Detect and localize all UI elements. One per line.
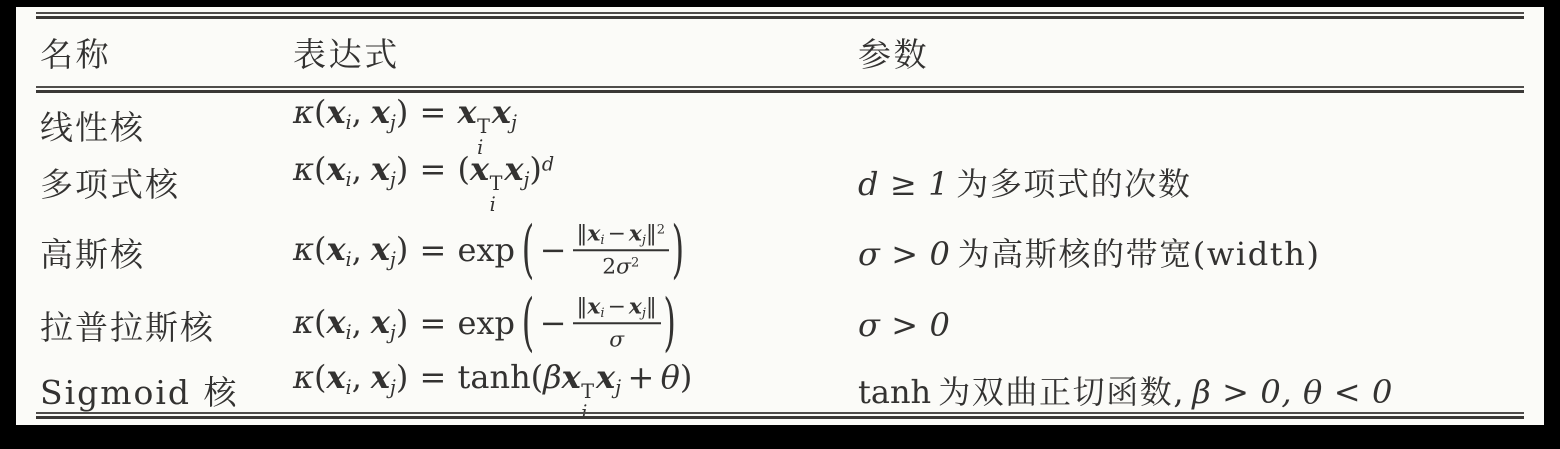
close-paren: ) (396, 93, 408, 131)
close-paren: ) (396, 358, 408, 396)
exp-function: exp (458, 304, 515, 342)
equals-sign: = (420, 231, 447, 269)
transpose-subscript-stack: Ti (490, 173, 503, 215)
vector-x: x (458, 93, 477, 131)
big-open-paren: ( (522, 212, 534, 286)
close-paren: ) (396, 150, 408, 188)
transpose-T: T (490, 173, 503, 194)
vector-x: x (371, 150, 390, 188)
subscript-i: i (600, 233, 604, 248)
parameter-description: 为双曲正切函数, (938, 373, 1185, 411)
close-paren: ) (396, 231, 408, 269)
vector-x: x (596, 358, 615, 396)
table-body: 线性核 κ(xi,xj)=xTixj 多项式核 κ(xi,xj)=(xTixj)… (16, 93, 1544, 412)
open-paren: ( (531, 358, 543, 396)
kernel-parameter-cell: σ > 0 (858, 306, 1544, 344)
column-header-name: 名称 (40, 29, 293, 76)
parameter-condition: σ > 0 (858, 306, 951, 344)
open-paren: ( (458, 150, 470, 188)
vector-x: x (492, 93, 511, 131)
table-row-polynomial-kernel: 多项式核 κ(xi,xj)=(xTixj)d d ≥ 1为多项式的次数 (16, 150, 1544, 212)
vector-x: x (504, 150, 523, 188)
vector-x: x (326, 304, 345, 342)
vector-x: x (587, 295, 600, 320)
table-top-rule (36, 12, 1524, 19)
kernel-name-cell: 拉普拉斯核 (40, 302, 293, 349)
fraction-numerator: ‖xi−xj‖ (573, 295, 661, 325)
kernel-name-cell: 高斯核 (40, 229, 293, 276)
equals-sign: = (420, 93, 447, 131)
parameter-description: 为多项式的次数 (956, 165, 1191, 203)
equals-sign: = (420, 304, 447, 342)
kappa-symbol: κ (293, 231, 314, 269)
open-paren: ( (314, 93, 326, 131)
squared-exponent: 2 (631, 255, 639, 270)
sigma-symbol: σ (609, 327, 624, 352)
close-paren: ) (680, 358, 692, 396)
subscript-j: j (615, 376, 621, 399)
column-header-parameters: 参数 (858, 29, 1544, 76)
vector-x: x (326, 93, 345, 131)
big-open-paren: ( (522, 285, 534, 359)
kernel-parameter-cell: tanh为双曲正切函数,β > 0, θ < 0 (858, 367, 1544, 413)
comma: , (352, 304, 362, 342)
norm-bar: ‖ (646, 222, 657, 247)
exponent-d: d (542, 152, 554, 175)
kernel-expression-cell: κ(xi,xj)=(xTixj)d (293, 150, 858, 215)
parameter-condition: β > 0, θ < 0 (1192, 373, 1393, 411)
norm-bar: ‖ (577, 295, 588, 320)
sigma-symbol: σ (616, 254, 631, 279)
screenshot-root: { "page": { "background_color": "#000000… (0, 0, 1560, 449)
parameter-description: 为高斯核的带宽(width) (958, 235, 1321, 273)
parameter-condition: d ≥ 1 (858, 165, 949, 203)
kappa-symbol: κ (293, 358, 314, 396)
subscript-j: j (511, 111, 517, 134)
subscript-i: i (346, 321, 352, 344)
close-paren: ) (396, 304, 408, 342)
kappa-symbol: κ (293, 304, 314, 342)
kernel-name-cell: 线性核 (40, 102, 293, 149)
beta-symbol: β (543, 358, 562, 396)
kernel-expression-cell: κ(xi,xj)=exp(−‖xi−xj‖σ) (293, 296, 858, 353)
transpose-T: T (477, 116, 490, 137)
big-close-paren: ) (663, 285, 675, 359)
fraction-denominator: 2σ2 (573, 252, 669, 279)
vector-x: x (371, 231, 390, 269)
vector-x: x (326, 231, 345, 269)
table-bottom-rule (36, 412, 1524, 419)
exp-function: exp (458, 231, 515, 269)
table-header-rule (36, 86, 1524, 93)
kernel-expression-cell: κ(xi,xj)=exp(−‖xi−xj‖22σ2) (293, 223, 858, 280)
column-header-expression: 表达式 (293, 29, 858, 76)
subscript-i: i (346, 248, 352, 271)
kappa-symbol: κ (293, 93, 314, 131)
minus-sign: − (608, 222, 626, 247)
vector-x: x (629, 222, 642, 247)
subscript-i: i (346, 376, 352, 399)
fraction: ‖xi−xj‖22σ2 (573, 222, 669, 279)
subscript-i: i (346, 168, 352, 191)
open-paren: ( (314, 150, 326, 188)
vector-x: x (371, 93, 390, 131)
vector-x: x (326, 358, 345, 396)
kernel-function-table-page: 名称 表达式 参数 线性核 κ(xi,xj)=xTixj 多项式核 κ(xi,x… (16, 7, 1544, 425)
equals-sign: = (420, 358, 447, 396)
open-paren: ( (314, 304, 326, 342)
vector-x: x (629, 295, 642, 320)
coefficient-two: 2 (602, 254, 616, 279)
plus-sign: + (627, 358, 654, 396)
table-row-laplacian-kernel: 拉普拉斯核 κ(xi,xj)=exp(−‖xi−xj‖σ) σ > 0 (16, 292, 1544, 358)
subscript-i: i (600, 306, 604, 321)
comma: , (352, 93, 362, 131)
theta-symbol: θ (661, 358, 680, 396)
vector-x: x (371, 304, 390, 342)
vector-x: x (470, 150, 489, 188)
minus-sign: − (540, 304, 567, 342)
fraction: ‖xi−xj‖σ (573, 295, 661, 352)
transpose-T: T (581, 381, 594, 402)
table-row-linear-kernel: 线性核 κ(xi,xj)=xTixj (16, 93, 1544, 150)
fraction-numerator: ‖xi−xj‖2 (573, 222, 669, 252)
kernel-parameter-cell: d ≥ 1为多项式的次数 (858, 159, 1544, 205)
tanh-function: tanh (458, 358, 531, 396)
minus-sign: − (608, 295, 626, 320)
minus-sign: − (540, 231, 567, 269)
comma: , (352, 231, 362, 269)
table-row-sigmoid-kernel: Sigmoid 核 κ(xi,xj)=tanh(βxTixj+θ) tanh为双… (16, 358, 1544, 412)
kernel-parameter-cell: σ > 0为高斯核的带宽(width) (858, 229, 1544, 275)
vector-x: x (371, 358, 390, 396)
parameter-function-name: tanh (858, 373, 931, 411)
subscript-i: i (346, 111, 352, 134)
comma: , (352, 358, 362, 396)
parameter-condition: σ > 0 (858, 235, 951, 273)
fraction-denominator: σ (573, 325, 661, 352)
big-close-paren: ) (672, 212, 684, 286)
kappa-symbol: κ (293, 150, 314, 188)
kernel-name-cell: Sigmoid 核 (40, 367, 293, 414)
close-paren: ) (529, 150, 541, 188)
comma: , (352, 150, 362, 188)
open-paren: ( (314, 358, 326, 396)
kernel-name-cell: 多项式核 (40, 159, 293, 206)
equals-sign: = (420, 150, 447, 188)
norm-bar: ‖ (646, 295, 657, 320)
open-paren: ( (314, 231, 326, 269)
vector-x: x (562, 358, 581, 396)
vector-x: x (326, 150, 345, 188)
norm-bar: ‖ (577, 222, 588, 247)
squared-exponent: 2 (657, 223, 665, 238)
kernel-expression-cell: κ(xi,xj)=xTixj (293, 93, 858, 158)
table-header-row: 名称 表达式 参数 (16, 19, 1544, 86)
table-row-gaussian-kernel: 高斯核 κ(xi,xj)=exp(−‖xi−xj‖22σ2) σ > 0为高斯核… (16, 212, 1544, 292)
vector-x: x (587, 222, 600, 247)
